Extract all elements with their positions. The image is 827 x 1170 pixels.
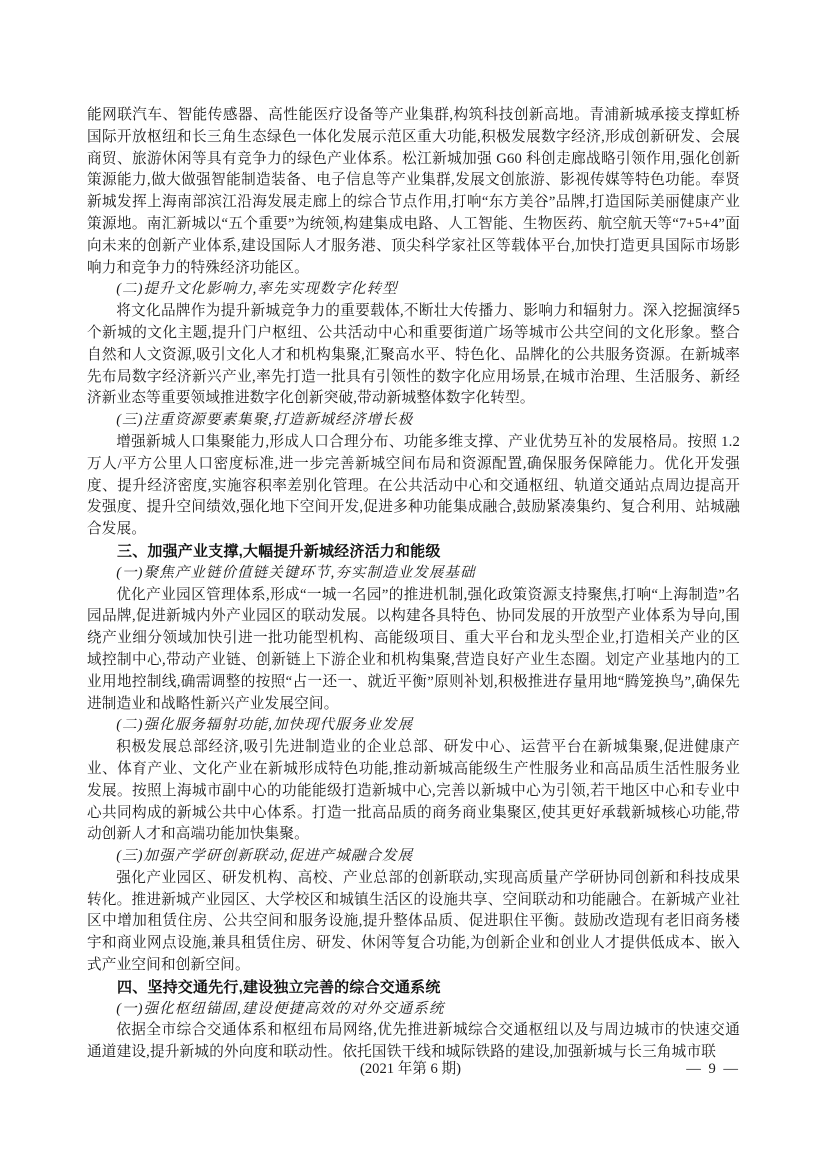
paragraph-resources: 增强新城人口集聚能力,形成人口合理分布、功能多维支撑、产业优势互补的发展格局。按… [87, 432, 740, 541]
subheading-industry-chain: (一)聚焦产业链价值链关键环节,夯实制造业发展基础 [87, 563, 740, 585]
section-heading-transport: 四、坚持交通先行,建设独立完善的综合交通系统 [87, 977, 740, 999]
subheading-culture: (二)提升文化影响力,率先实现数字化转型 [87, 279, 740, 301]
footer-page-number: — 9 — [686, 1058, 740, 1080]
paragraph-continuation: 能网联汽车、智能传感器、高性能医疗设备等产业集群,构筑科技创新高地。青浦新城承接… [87, 105, 740, 279]
paragraph-culture: 将文化品牌作为提升新城竞争力的重要载体,不断壮大传播力、影响力和辐射力。深入挖掘… [87, 301, 740, 410]
paragraph-services: 积极发展总部经济,吸引先进制造业的企业总部、研发中心、运营平台在新城集聚,促进健… [87, 737, 740, 846]
subheading-innovation: (三)加强产学研创新联动,促进产城融合发展 [87, 846, 740, 868]
subheading-services: (二)强化服务辐射功能,加快现代服务业发展 [87, 715, 740, 737]
subheading-resources: (三)注重资源要素集聚,打造新城经济增长极 [87, 410, 740, 432]
footer-issue-label: (2021 年第 6 期) [360, 1058, 461, 1080]
paragraph-innovation: 强化产业园区、研发机构、高校、产业总部的创新联动,实现高质量产学研协同创新和科技… [87, 868, 740, 977]
document-content: 能网联汽车、智能传感器、高性能医疗设备等产业集群,构筑科技创新高地。青浦新城承接… [87, 105, 740, 1064]
page-footer: (2021 年第 6 期) — 9 — [87, 1058, 740, 1080]
document-page: 能网联汽车、智能传感器、高性能医疗设备等产业集群,构筑科技创新高地。青浦新城承接… [0, 0, 827, 1170]
subheading-transport-hub: (一)强化枢纽锚固,建设便捷高效的对外交通系统 [87, 999, 740, 1021]
section-heading-industry: 三、加强产业支撑,大幅提升新城经济活力和能级 [87, 541, 740, 563]
paragraph-industry-chain: 优化产业园区管理体系,形成“一城一名园”的推进机制,强化政策资源支持聚焦,打响“… [87, 585, 740, 716]
